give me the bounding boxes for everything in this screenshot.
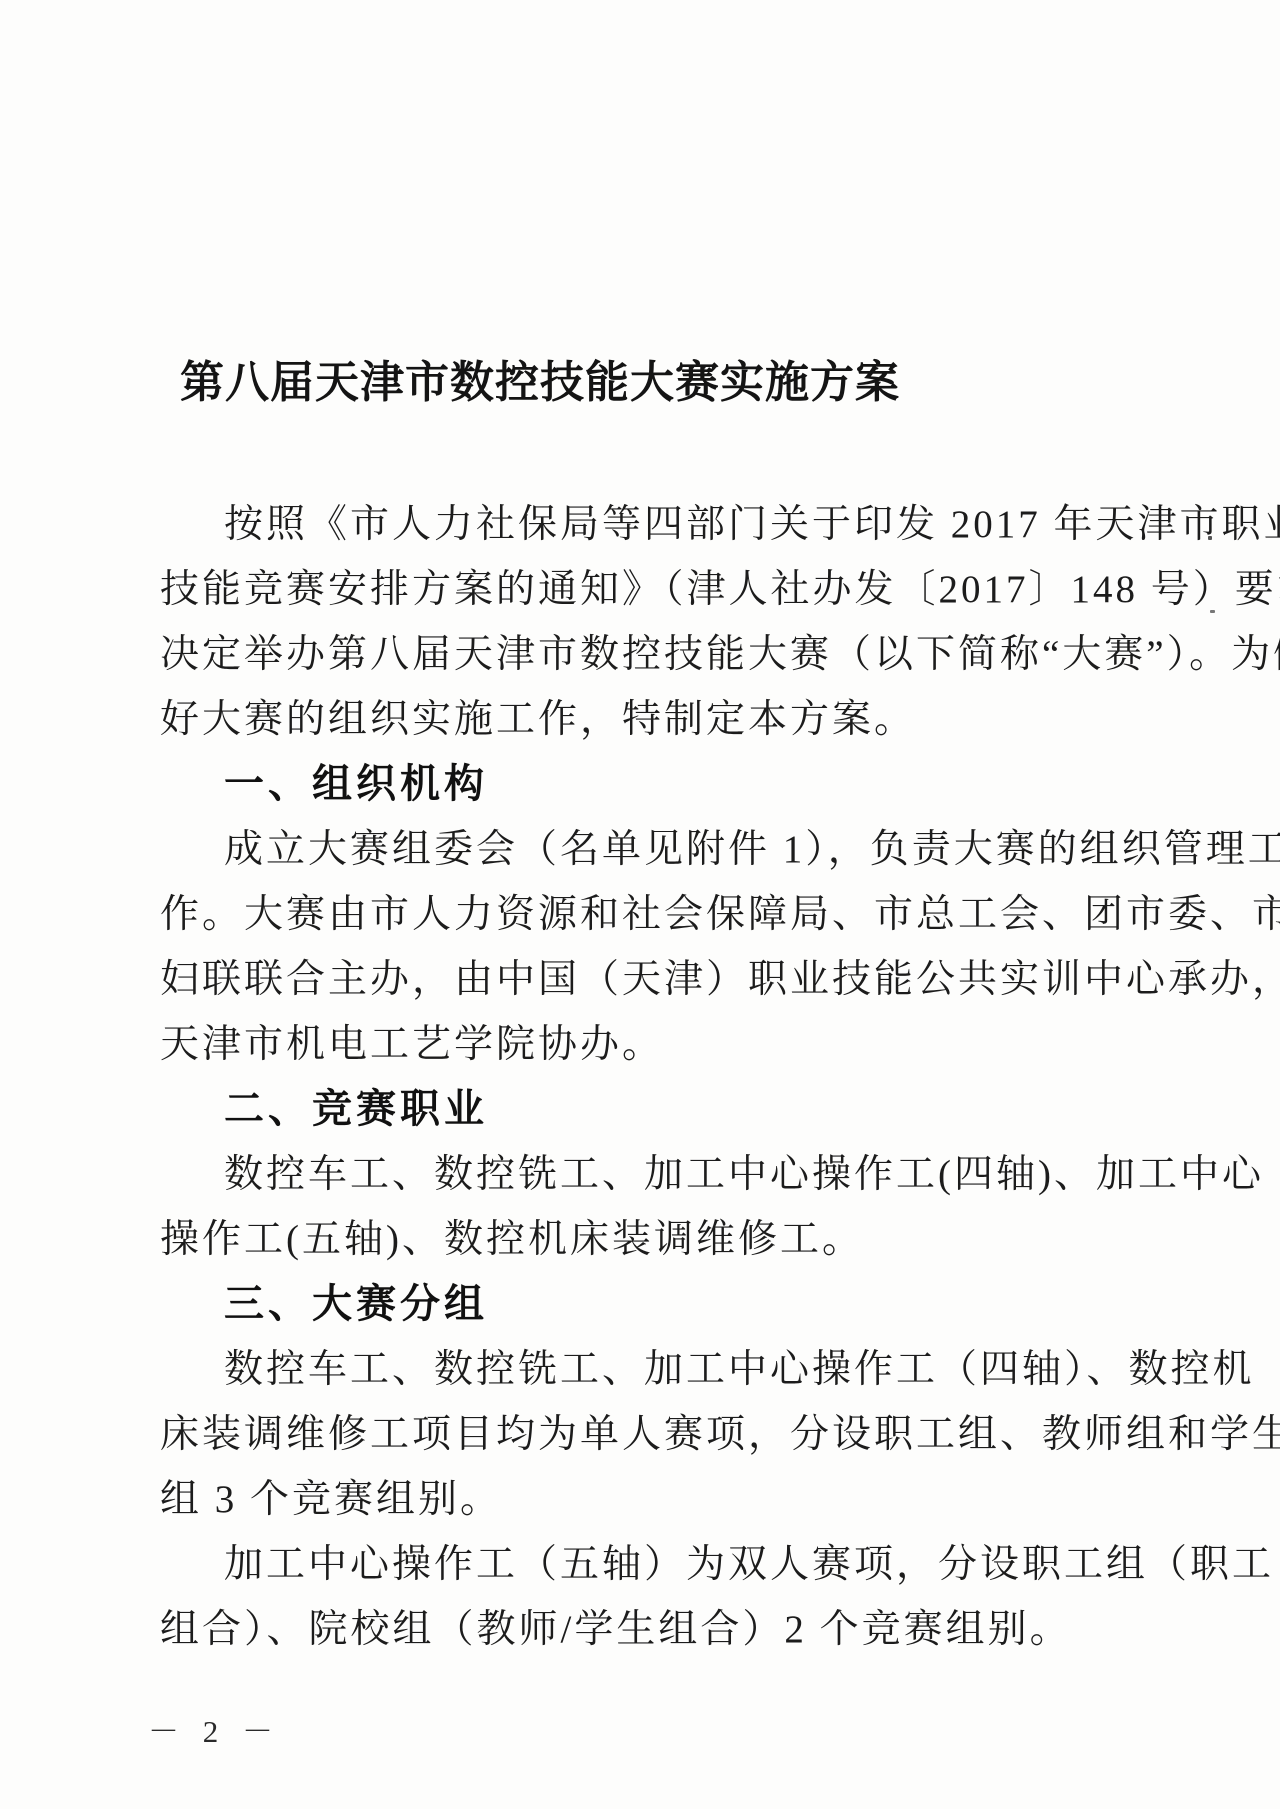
text-line: 天津市机电工艺学院协办。 [160,1012,960,1077]
document-body: 按照《市人力社保局等四部门关于印发 2017 年天津市职业 技能竞赛安排方案的通… [160,492,960,1662]
document-title: 第八届天津市数控技能大赛实施方案 [140,352,940,414]
section-heading: 一、组织机构 [160,752,960,817]
text-line: 床装调维修工项目均为单人赛项，分设职工组、教师组和学生 [160,1402,960,1467]
text-line: 好大赛的组织实施工作，特制定本方案。 [160,687,960,752]
page-number: － 2 － [148,1712,281,1752]
section-heading: 三、大赛分组 [160,1272,960,1337]
text-line: 按照《市人力社保局等四部门关于印发 2017 年天津市职业 [160,492,960,557]
document-page: 第八届天津市数控技能大赛实施方案 按照《市人力社保局等四部门关于印发 2017 … [0,0,1280,1809]
text-line: 数控车工、数控铣工、加工中心操作工(四轴)、加工中心 [160,1142,960,1207]
text-line: 组合）、院校组（教师/学生组合）2 个竞赛组别。 [160,1597,960,1662]
text-line: 组 3 个竞赛组别。 [160,1467,960,1532]
text-line: 数控车工、数控铣工、加工中心操作工（四轴）、数控机 [160,1337,960,1402]
scan-speck [1210,610,1215,613]
text-line: 决定举办第八届天津市数控技能大赛（以下简称“大赛”）。为做 [160,622,960,687]
text-line: 成立大赛组委会（名单见附件 1），负责大赛的组织管理工 [160,817,960,882]
text-line: 妇联联合主办，由中国（天津）职业技能公共实训中心承办， [160,947,960,1012]
text-line: 技能竞赛安排方案的通知》（津人社办发〔2017〕148 号）要求， [160,557,960,622]
scan-speck [1208,536,1212,540]
text-line: 操作工(五轴)、数控机床装调维修工。 [160,1207,960,1272]
text-line: 加工中心操作工（五轴）为双人赛项，分设职工组（职工 [160,1532,960,1597]
section-heading: 二、竞赛职业 [160,1077,960,1142]
text-line: 作。大赛由市人力资源和社会保障局、市总工会、团市委、市 [160,882,960,947]
